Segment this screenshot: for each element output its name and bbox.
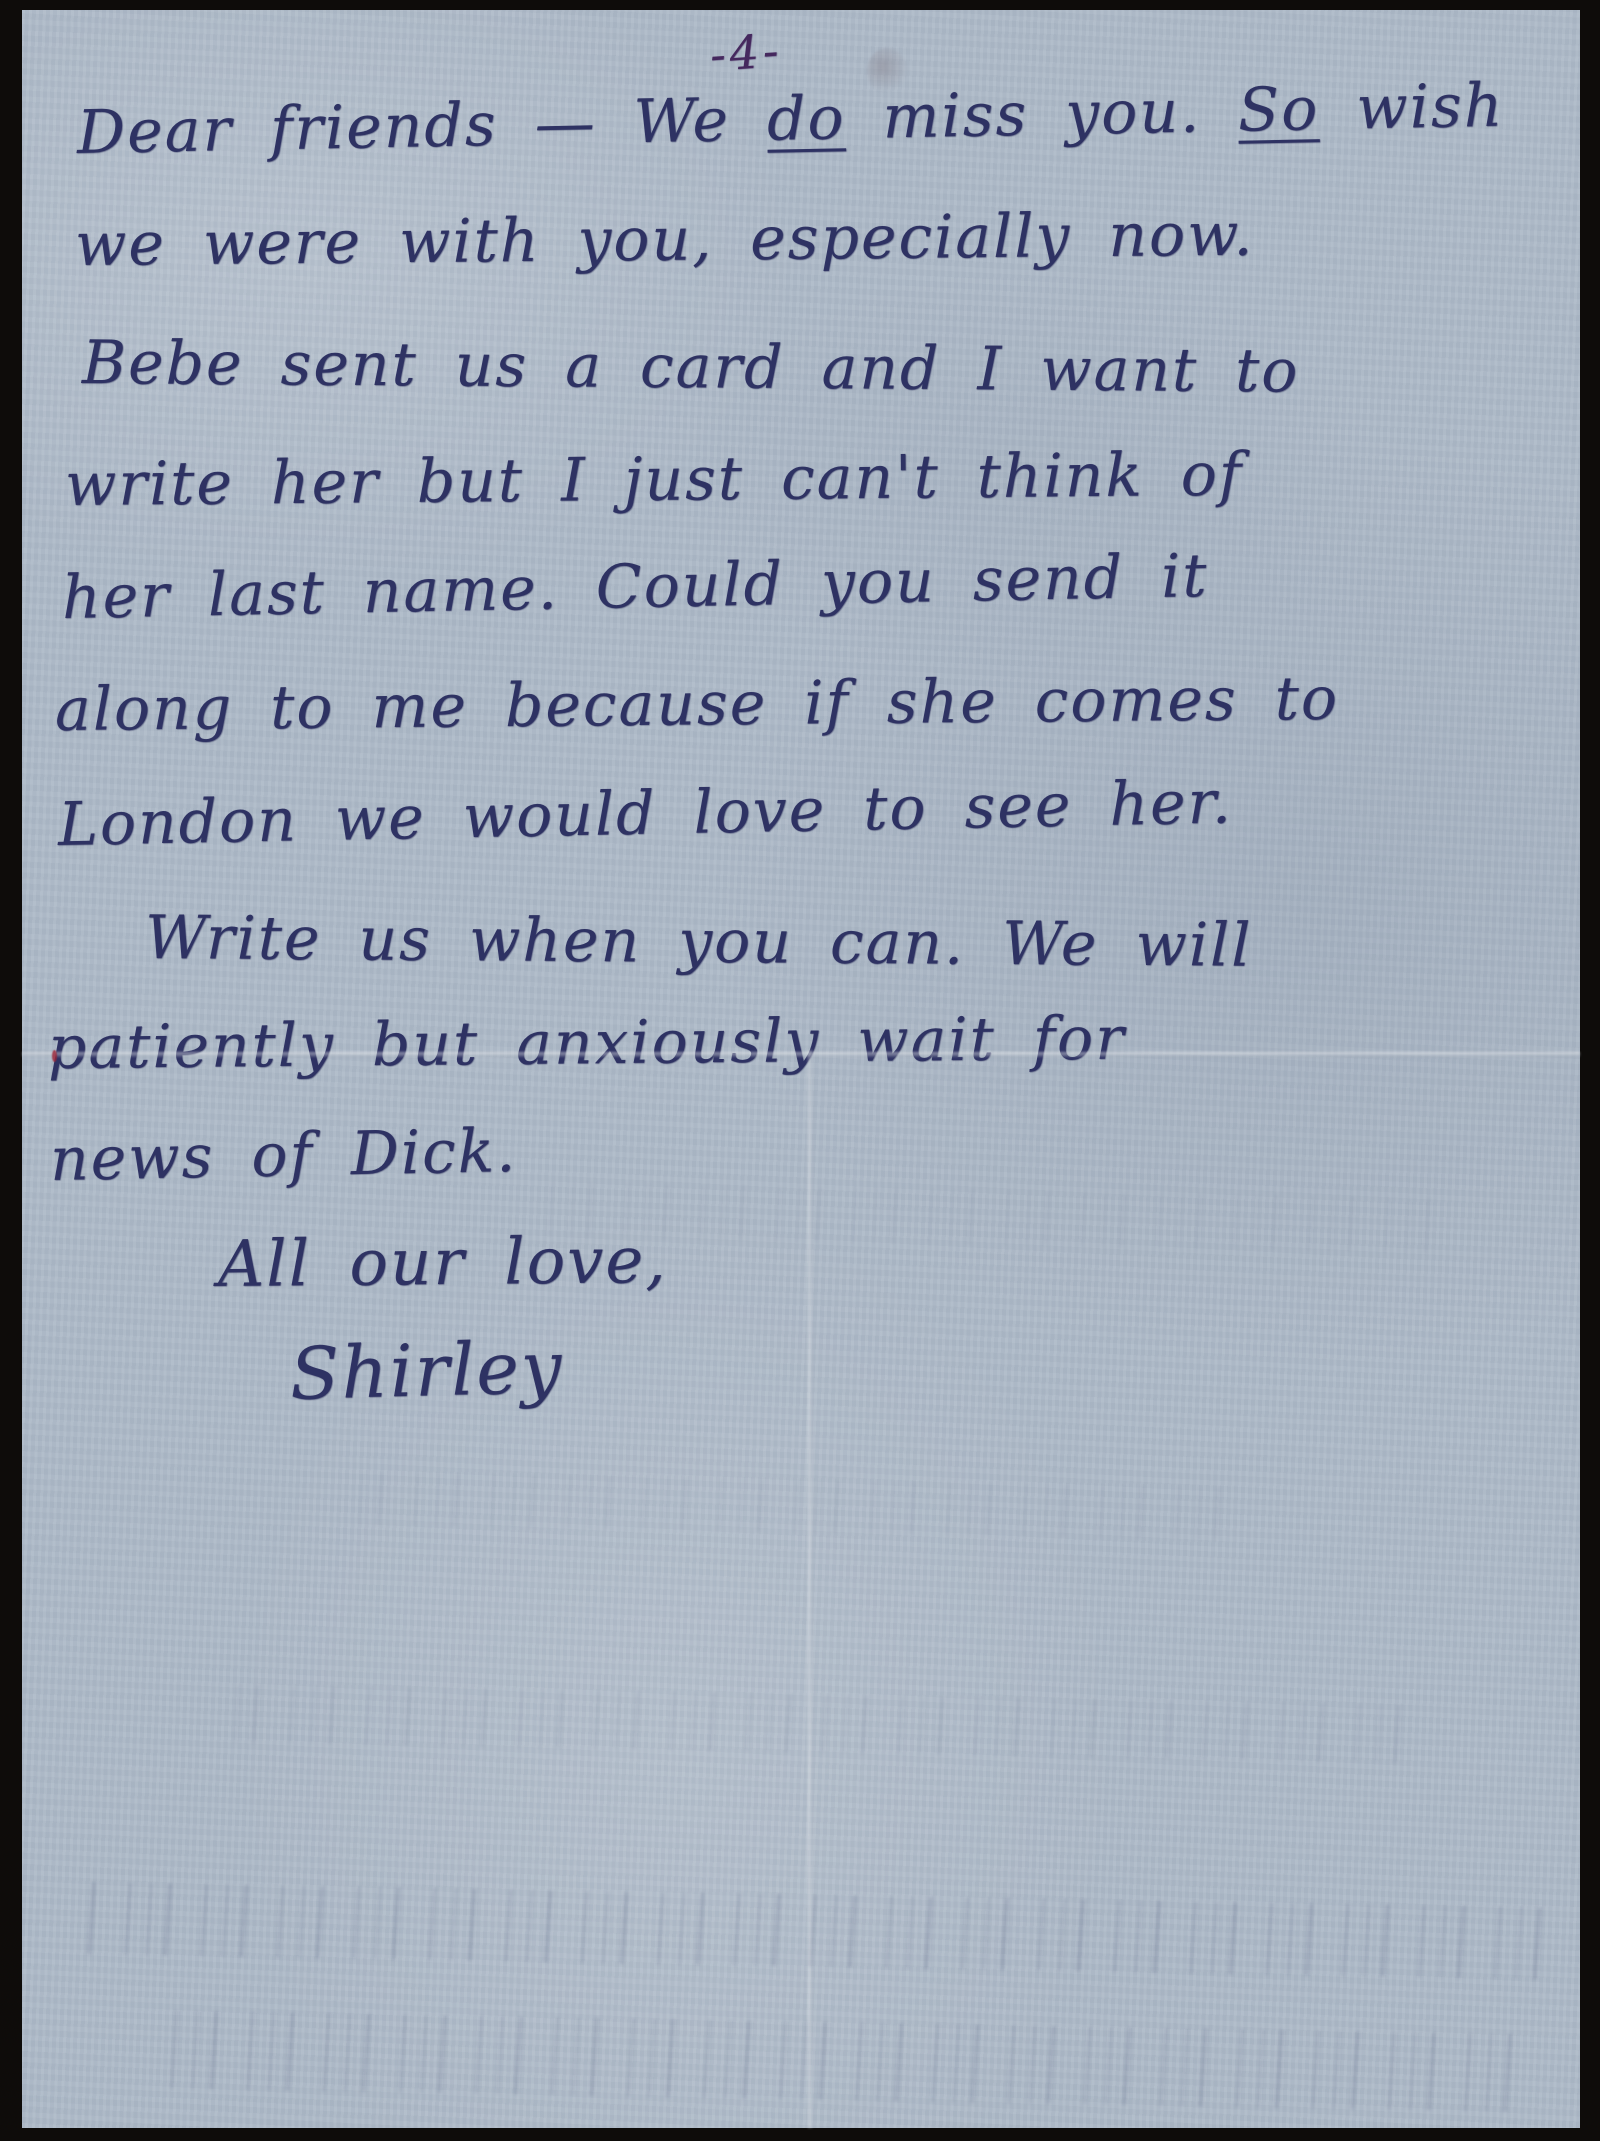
line-text: wish (1319, 71, 1505, 145)
bleed-through-ghost-text (81, 1882, 1552, 1980)
letter-line: Write us when you can. We will (145, 903, 1253, 981)
red-ink-speck (52, 1050, 57, 1062)
bleed-through-ghost-text (141, 2010, 1522, 2112)
fold-crease-horizontal (22, 1052, 1580, 1057)
line-text: miss you. (845, 76, 1239, 154)
bleed-through-ghost-text (352, 1472, 1233, 1539)
letter-line: along to me because if she comes to (55, 664, 1340, 745)
signature: Shirley (289, 1325, 565, 1416)
letter-line: her last name. Could you send it (61, 541, 1209, 633)
scan-background: { "page": { "number_label": "-4-" }, "le… (0, 0, 1600, 2141)
letter-line: write her but I just can't think of (65, 440, 1244, 520)
bleed-through-ghost-text (542, 1182, 1443, 1253)
letter-line: news of Dick. (49, 1116, 517, 1195)
paper: -4- Dear friends — We do miss you. So wi… (22, 10, 1580, 2128)
underlined-word: So (1237, 74, 1320, 146)
bleed-through-ghost-text (232, 1685, 1413, 1764)
line-text: Dear friends — We (76, 85, 767, 168)
letter-line: Bebe sent us a card and I want to (82, 328, 1300, 406)
letter-line: Dear friends — We do miss you. So wish (76, 71, 1505, 168)
letter-line: London we would love to see her. (57, 767, 1233, 860)
letter-line: we were with you, especially now. (75, 200, 1255, 280)
page-number: -4- (708, 23, 784, 82)
underlined-word: do (766, 83, 846, 154)
letter-line: patiently but anxiously wait for (48, 1004, 1126, 1083)
